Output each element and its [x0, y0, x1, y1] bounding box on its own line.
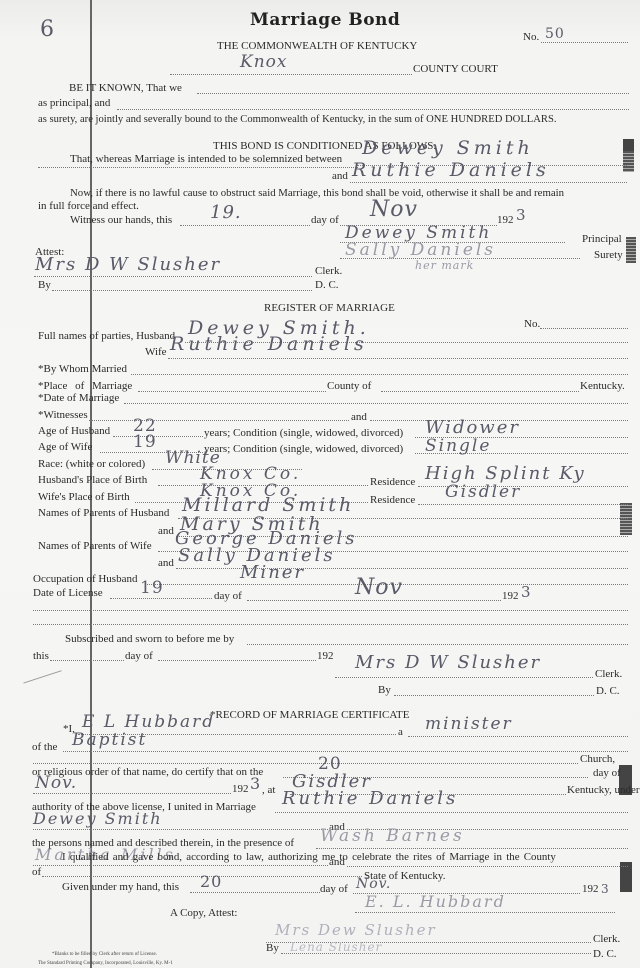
witness-year-prefix: 192 [497, 214, 514, 227]
subscribed-text: Subscribed and sworn to before me by [65, 633, 234, 646]
marriage-record-page: 6 Marriage Bond No. 50 THE COMMONWEALTH … [0, 0, 640, 968]
given-year-digit: 3 [601, 881, 610, 897]
years-condition-label-husband: years; Condition (single, widowed, divor… [204, 427, 403, 440]
qualified-text: I qualified and gave bond, according to … [62, 851, 556, 864]
party2-value: Ruthie Daniels [352, 162, 550, 178]
officiant-title-value: minister [425, 716, 513, 732]
bond-number-label: No. [523, 31, 539, 44]
church-name-value: Baptist [72, 732, 147, 748]
wife-label: Wife [145, 346, 167, 359]
date-of-marriage-label: *Date of Marriage [38, 392, 119, 405]
and-label: and [332, 170, 348, 183]
attest-signature: Mrs D W Slusher [35, 257, 221, 273]
witness-year-digit: 3 [516, 207, 527, 223]
bond-by-label: By [38, 279, 51, 292]
witnesses-and-label: and [351, 411, 367, 424]
subscribed-year-prefix: 192 [317, 650, 334, 663]
officiant-value: E L Hubbard [82, 714, 215, 730]
register-clerk-label: Clerk. [595, 668, 622, 681]
husband-residence-value: High Splint Ky [425, 466, 586, 482]
given-day-value: 20 [200, 874, 222, 890]
bride-value: Ruthie Daniels [282, 791, 458, 807]
now-if-text: Now, if there is no lawful cause to obst… [70, 187, 564, 200]
given-text: Given under my hand, this [62, 881, 179, 894]
groom-value: Dewey Smith [33, 811, 163, 827]
party1-value: Dewey Smith [362, 140, 534, 156]
edge-tab [626, 237, 636, 263]
bond-number: 50 [545, 26, 565, 42]
wife-name-value: Ruthie Daniels [170, 336, 368, 352]
wife-residence-value: Gisdler [445, 484, 521, 500]
officiant-signature: E. L. Hubbard [365, 894, 506, 910]
day-of-label: day of [311, 214, 339, 227]
witness-hands-text: Witness our hands, this [70, 214, 172, 227]
surety-signature: Sally Daniels [345, 242, 496, 258]
as-surety-text: as surety, are jointly and severally bou… [38, 113, 557, 126]
license-date-label: Date of License [33, 587, 103, 600]
county-court-label: COUNTY COURT [413, 63, 498, 76]
witnesses-label: *Witnesses [38, 409, 88, 422]
parents-wife-and-label: and [158, 557, 174, 570]
surety-label: Surety [594, 249, 623, 262]
register-clerk-signature: Mrs D W Slusher [355, 655, 541, 671]
margin-pen-mark [23, 670, 66, 699]
as-principal-text: as principal, and [38, 97, 110, 110]
register-kentucky-label: Kentucky. [580, 380, 625, 393]
copy-by-signature: Lena Slusher [290, 939, 382, 955]
kentucky-under-label: Kentucky, under [567, 784, 640, 797]
marriage-year-prefix: 192 [232, 783, 249, 796]
full-names-label: Full names of parties, Husband [38, 330, 175, 343]
register-number-label: No. [524, 318, 540, 331]
marriage-year-digit: 3 [250, 776, 261, 792]
county-of-label: of [32, 866, 41, 879]
husband-residence-label: Residence [370, 476, 415, 489]
surety-mark: her mark [415, 258, 474, 274]
of-the-label: of the [32, 741, 57, 754]
full-force-text: in full force and effect. [38, 200, 139, 213]
race-label: Race: (white or colored) [38, 458, 145, 471]
footer-note: *Blanks to be filled by Clerk after retu… [52, 951, 157, 958]
marriage-day-value: 20 [318, 756, 342, 772]
license-day-value: 19 [140, 580, 164, 596]
register-by-label: By [378, 684, 391, 697]
at-label: , at [262, 784, 275, 797]
edge-tab [623, 151, 634, 172]
years-condition-label-wife: years; Condition (single, widowed, divor… [204, 443, 403, 456]
age-wife-value: 19 [133, 434, 157, 450]
county-of-label: County of [327, 380, 371, 393]
copy-dc-label: D. C. [593, 948, 617, 961]
license-month-value: Nov [355, 580, 403, 596]
subscribed-day-of-label: day of [125, 650, 153, 663]
certificate-day-of-label: day of [593, 767, 621, 780]
given-day-of-label: day of [320, 883, 348, 896]
wife-condition-value: Single [425, 438, 491, 454]
church-label: Church, [580, 753, 615, 766]
whereas-text: That, whereas Marriage is intended to be… [70, 153, 342, 166]
license-year-digit: 3 [521, 584, 532, 600]
husband-birthplace-value: Knox Co. [200, 466, 301, 482]
witness-month-value: Nov [370, 202, 418, 218]
principal-signature: Dewey Smith [345, 225, 492, 241]
subscribed-this-label: this [33, 650, 49, 663]
husband-father-value: Millard Smith [182, 497, 354, 513]
copy-attest-label: A Copy, Attest: [170, 907, 237, 920]
principal-label: Principal [582, 233, 622, 246]
be-it-known-text: BE IT KNOWN, That we [69, 82, 182, 95]
parents-wife-label: Names of Parents of Wife [38, 540, 152, 553]
witness1-value: Wash Barnes [320, 828, 465, 844]
husband-condition-value: Widower [425, 420, 520, 436]
edge-tab [620, 503, 632, 535]
a-label: a [398, 726, 403, 739]
given-year-prefix: 192 [582, 883, 599, 896]
county-value: Knox [240, 54, 287, 70]
license-year-prefix: 192 [502, 590, 519, 603]
age-husband-label: Age of Husband [38, 425, 110, 438]
edge-tab [623, 139, 634, 151]
bond-title: Marriage Bond [250, 10, 400, 30]
certificate-heading: *RECORD OF MARRIAGE CERTIFICATE [210, 709, 410, 722]
given-month-value: Nov. [356, 876, 391, 892]
bond-dc-label: D. C. [315, 279, 339, 292]
footer-printer: The Standard Printing Company, Incorpora… [38, 960, 173, 967]
attest-clerk-label: Clerk. [315, 265, 342, 278]
register-heading: REGISTER OF MARRIAGE [264, 302, 395, 315]
husband-birthplace-label: Husband's Place of Birth [38, 474, 147, 487]
page-marker: 6 [40, 18, 55, 42]
occupation-value: Miner [240, 565, 305, 581]
wife-birthplace-label: Wife's Place of Birth [38, 491, 130, 504]
marriage-month-value: Nov. [35, 775, 77, 791]
by-whom-married-label: *By Whom Married [38, 363, 127, 376]
copy-by-label: By [266, 942, 279, 955]
register-dc-label: D. C. [596, 685, 620, 698]
occupation-label: Occupation of Husband [33, 573, 137, 586]
license-day-of-label: day of [214, 590, 242, 603]
wife-residence-label: Residence [370, 494, 415, 507]
witness-day-value: 19. [210, 205, 242, 221]
copy-clerk-label: Clerk. [593, 933, 620, 946]
parents-husband-and-label: and [158, 525, 174, 538]
copy-clerk-signature: Mrs Dew Slusher [275, 922, 437, 938]
parents-husband-label: Names of Parents of Husband [38, 507, 169, 520]
age-wife-label: Age of Wife [38, 441, 92, 454]
